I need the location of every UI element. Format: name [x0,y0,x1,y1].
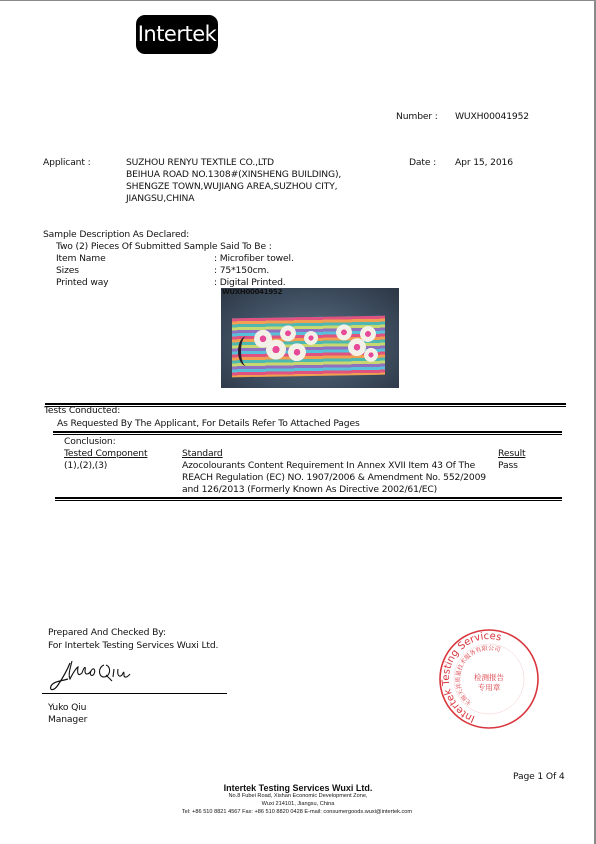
company-stamp: Intertek Testing Services Wuxi Ltd. 无锡天祥… [438,628,540,730]
sample-heading: Sample Description As Declared: [43,229,189,240]
column-header-component: Tested Component [64,448,147,459]
divider [53,431,562,435]
sample-row-value: : Digital Printed. [214,277,286,288]
footer-address1: No.8 Fubei Road, Xishan Economic Develop… [0,793,596,799]
sample-photo: WUXH00041952 [221,288,399,388]
signature-line [42,693,227,694]
applicant-line: SHENGZE TOWN,WUJIANG AREA,SUZHOU CITY, [126,181,337,192]
sample-row-label: Item Name [56,253,106,264]
report-date: Apr 15, 2016 [455,157,513,168]
tested-component: (1),(2),(3) [64,460,107,471]
flower-pattern [360,326,376,342]
signer-name: Yuko Qiu [48,702,86,713]
standard-line: REACH Regulation (EC) NO. 1907/2006 & Am… [182,472,486,483]
test-result: Pass [498,460,518,471]
sample-row-value: : Microfiber towel. [214,253,294,264]
applicant-line: JIANGSU,CHINA [126,193,194,204]
standard-line: Azocolourants Content Requirement In Ann… [182,460,475,471]
prepared-by-label: Prepared And Checked By: [48,627,166,638]
signature-image [48,657,148,695]
tests-text: As Requested By The Applicant, For Detai… [57,418,360,429]
flower-pattern [364,348,378,362]
applicant-line: BEIHUA ROAD NO.1308#(XINSHENG BUILDING), [126,169,341,180]
footer-company: Intertek Testing Services Wuxi Ltd. [0,783,596,793]
stamp-center-line1: 检测报告 [474,672,504,682]
sample-row-label: Sizes [56,265,79,276]
intertek-logo: Intertek [136,15,218,54]
flower-pattern [336,324,352,340]
flower-pattern [266,339,286,359]
page-indicator: Page 1 Of 4 [513,771,565,782]
sample-row-value: : 75*150cm. [214,265,269,276]
towel-image [232,316,385,378]
footer-address2: Wuxi 214101, Jiangsu, China [0,801,596,807]
signer-title: Manager [48,714,87,725]
divider [45,403,566,407]
number-label: Number : [396,111,438,122]
flower-pattern [288,343,306,361]
divider [55,497,562,501]
sample-intro: Two (2) Pieces Of Submitted Sample Said … [56,241,272,252]
stamp-center-line2: 专用章 [478,682,501,692]
flower-pattern [280,325,296,341]
fish-shape [238,336,255,366]
standard-line: and 126/2013 (Formerly Known As Directiv… [182,484,437,495]
column-header-result: Result [498,448,526,459]
applicant-line: SUZHOU RENYU TEXTILE CO.,LTD [126,157,274,168]
column-header-standard: Standard [182,448,223,459]
footer-contact: Tel: +86 510 8821 4567 Fax: +86 510 8820… [0,809,595,815]
tests-heading: Tests Conducted: [44,405,120,416]
date-label: Date : [409,157,436,168]
signing-company: For Intertek Testing Services Wuxi Ltd. [48,640,218,651]
applicant-label: Applicant : [43,157,91,168]
conclusion-heading: Conclusion: [64,436,116,447]
photo-caption: WUXH00041952 [222,288,282,296]
flower-pattern [304,331,318,345]
report-number: WUXH00041952 [455,111,529,122]
sample-row-label: Printed way [56,277,108,288]
